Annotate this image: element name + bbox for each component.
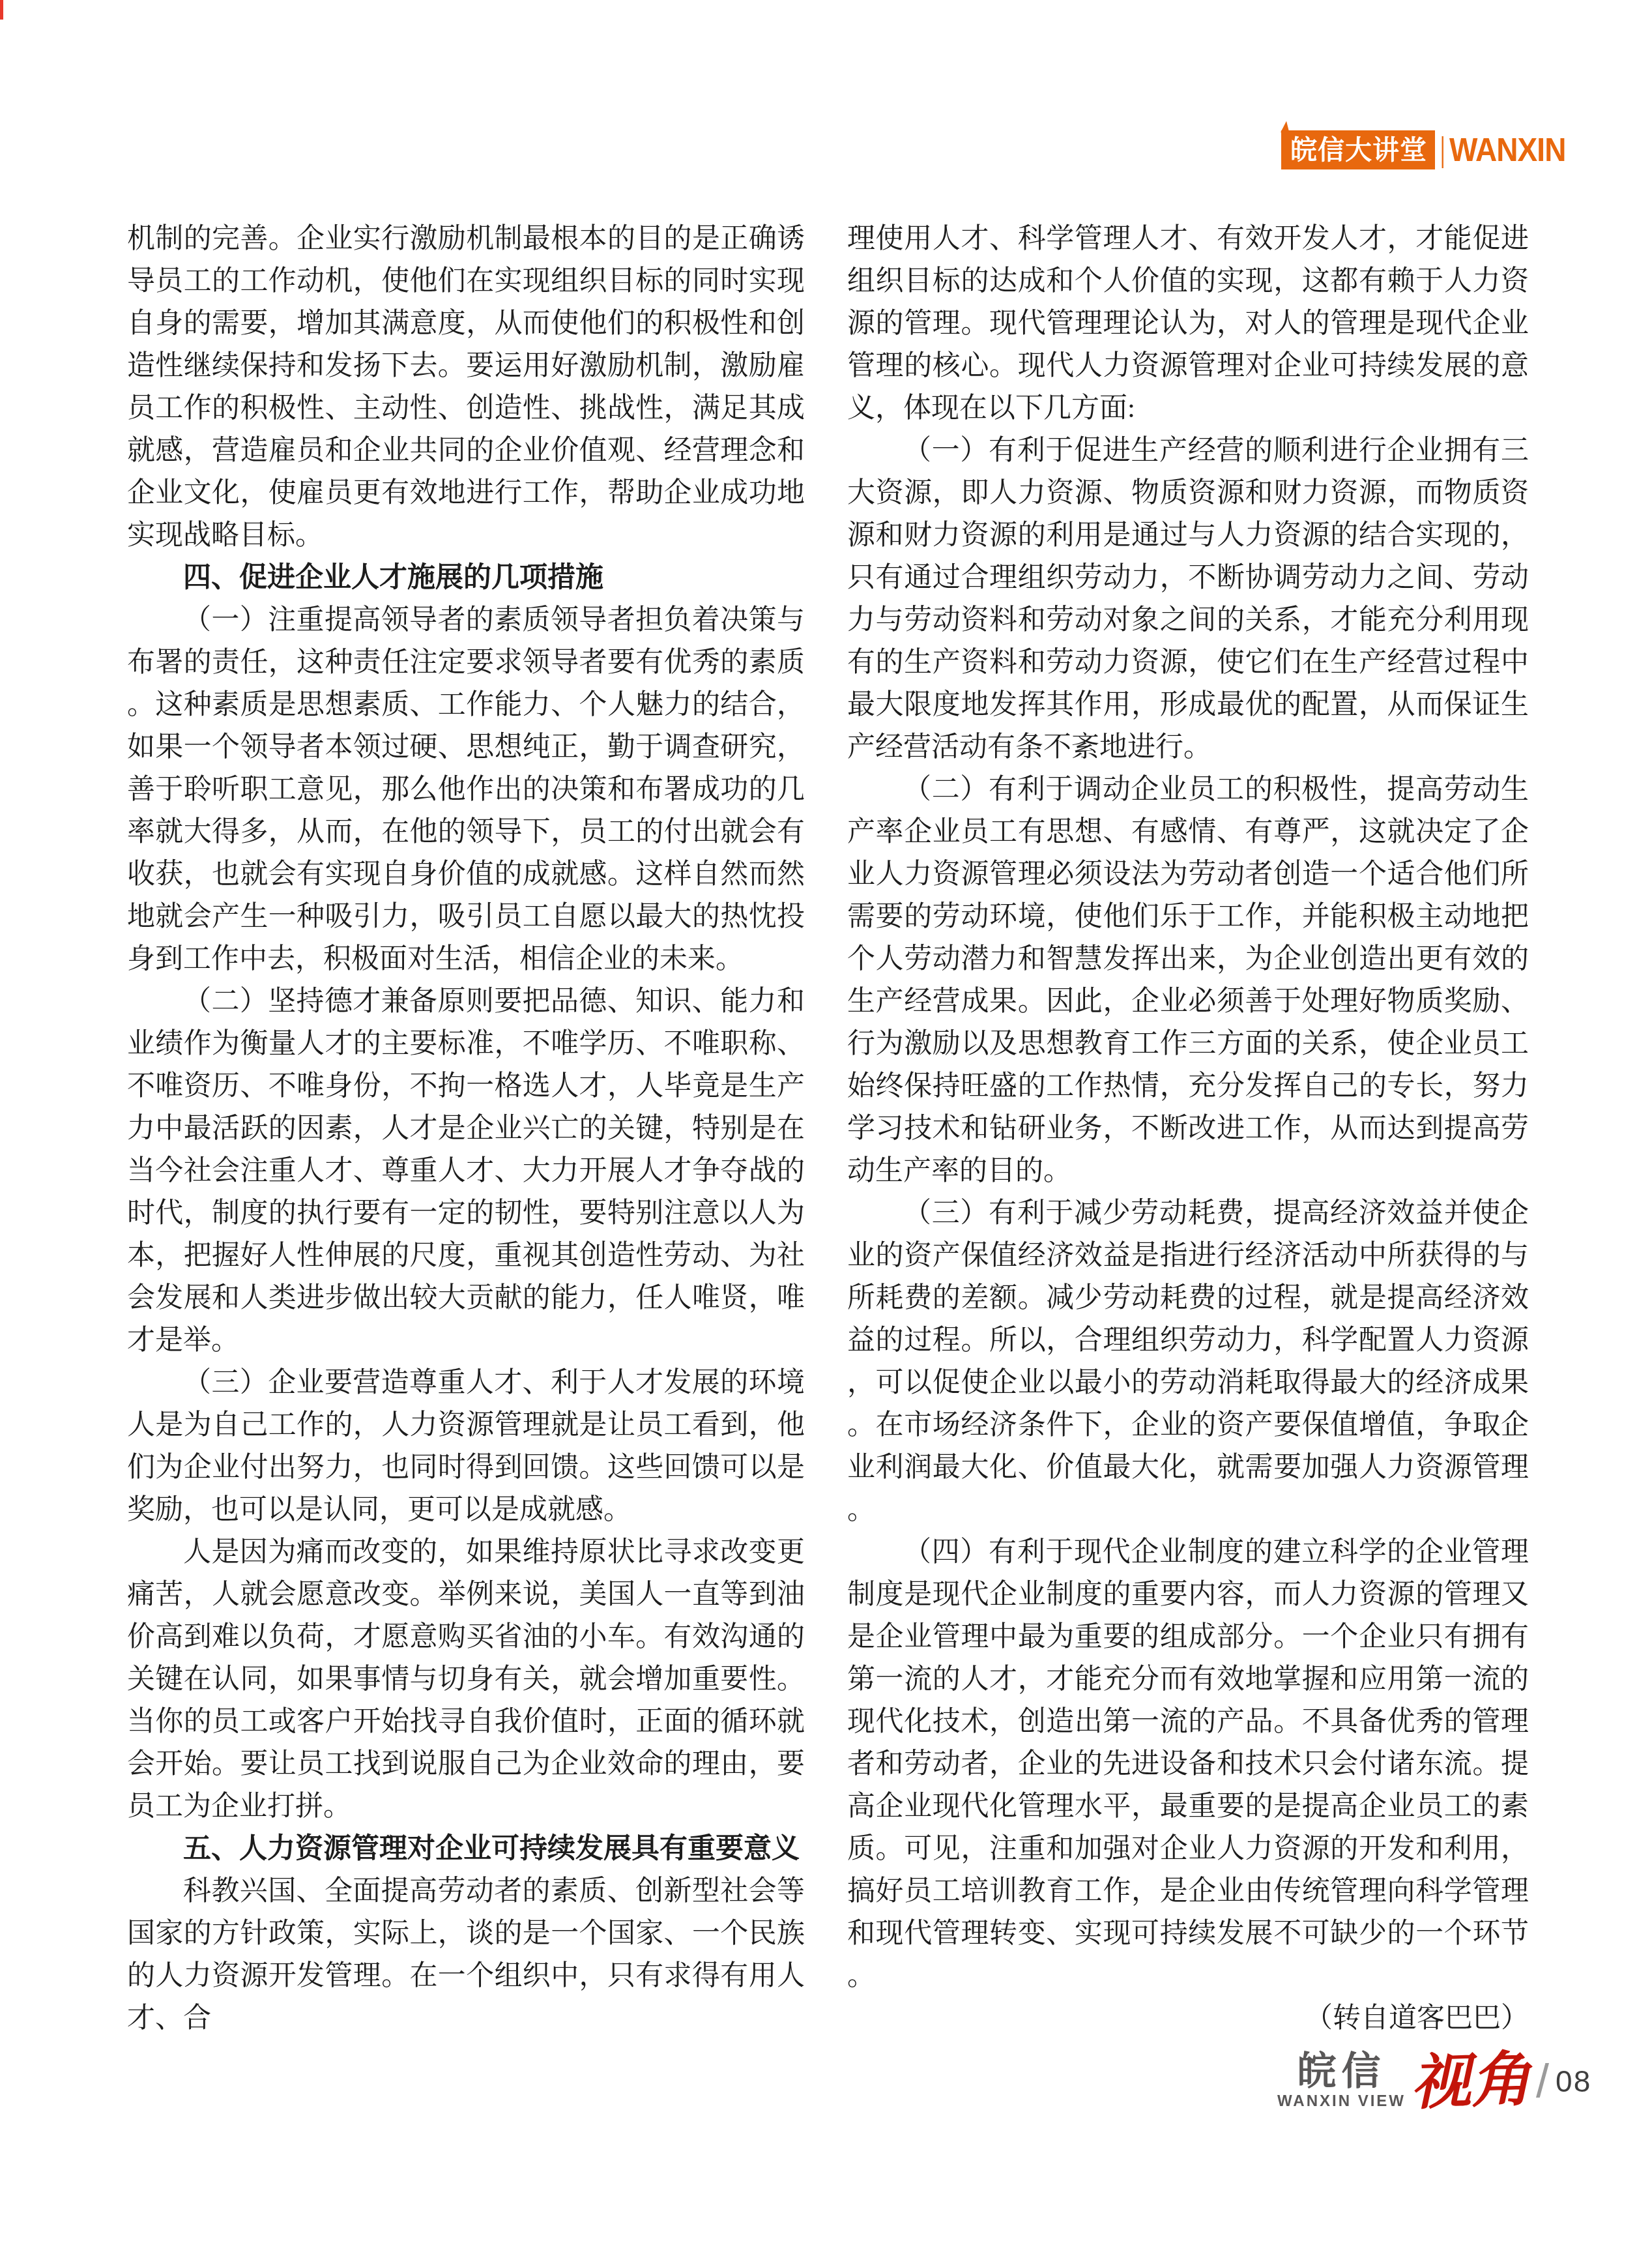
badge-fold-icon (1278, 121, 1288, 133)
footer-logo: 皖信 WANXIN VIEW (1277, 2053, 1406, 2111)
brand-label: WANXIN (1449, 130, 1565, 169)
paragraph: （四）有利于现代企业制度的建立科学的企业管理制度是现代企业制度的重要内容，而人力… (847, 1531, 1529, 1997)
page-footer: 皖信 WANXIN VIEW 视角 / 08 (1277, 2052, 1591, 2111)
paragraph: 理使用人才、科学管理人才、有效开发人才，才能促进组织目标的达成和个人价值的实现，… (847, 218, 1529, 430)
right-column: 理使用人才、科学管理人才、有效开发人才，才能促进组织目标的达成和个人价值的实现，… (847, 218, 1529, 2040)
footer-logo-subtitle: WANXIN VIEW (1277, 2092, 1406, 2111)
paragraph: （一）有利于促进生产经营的顺利进行企业拥有三大资源，即人力资源、物质资源和财力资… (847, 430, 1529, 769)
brand-separator: | (1440, 130, 1445, 169)
footer-separator: / (1536, 2055, 1549, 2108)
paragraph: 四、促进企业人才施展的几项措施 (127, 557, 805, 599)
footer-logo-red-script: 视角 (1410, 2050, 1532, 2113)
magazine-page: 皖信大讲堂 | WANXIN 机制的完善。企业实行激励机制最根本的目的是正确诱导… (0, 0, 1652, 2241)
page-header: 皖信大讲堂 | WANXIN (1281, 130, 1576, 169)
brand-wordmark: | WANXIN (1438, 130, 1576, 169)
left-column: 机制的完善。企业实行激励机制最根本的目的是正确诱导员工的工作动机，使他们在实现组… (127, 218, 805, 2040)
paragraph: 科教兴国、全面提高劳动者的素质、创新型社会等国家的方针政策，实际上，谈的是一个国… (127, 1870, 805, 2040)
paragraph: （三）企业要营造尊重人才、利于人才发展的环境人是为自己工作的，人力资源管理就是让… (127, 1362, 805, 1531)
paragraph: （转自道客巴巴） (847, 1997, 1529, 2040)
paragraph: 五、人力资源管理对企业可持续发展具有重要意义 (127, 1828, 805, 1870)
paragraph: 机制的完善。企业实行激励机制最根本的目的是正确诱导员工的工作动机，使他们在实现组… (127, 218, 805, 557)
section-badge: 皖信大讲堂 (1281, 130, 1435, 169)
corner-mark (0, 0, 3, 20)
footer-logo-cn: 皖信 (1297, 2053, 1386, 2090)
section-badge-label: 皖信大讲堂 (1290, 135, 1427, 165)
paragraph: （二）有利于调动企业员工的积极性，提高劳动生产率企业员工有思想、有感情、有尊严，… (847, 769, 1529, 1192)
page-number: 08 (1556, 2064, 1591, 2099)
paragraph: （三）有利于减少劳动耗费，提高经济效益并使企业的资产保值经济效益是指进行经济活动… (847, 1192, 1529, 1531)
paragraph: （一）注重提高领导者的素质领导者担负着决策与布署的责任，这种责任注定要求领导者要… (127, 599, 805, 980)
paragraph: （二）坚持德才兼备原则要把品德、知识、能力和业绩作为衡量人才的主要标准，不唯学历… (127, 980, 805, 1362)
paragraph: 人是因为痛而改变的，如果维持原状比寻求改变更痛苦，人就会愿意改变。举例来说，美国… (127, 1531, 805, 1828)
